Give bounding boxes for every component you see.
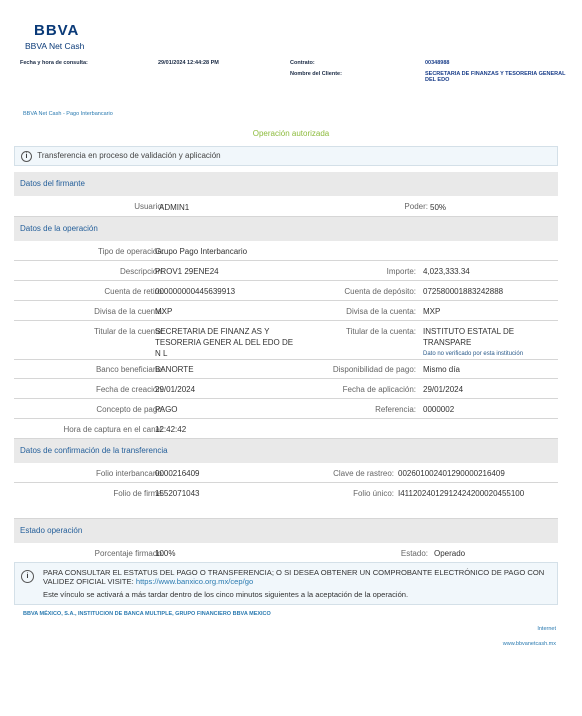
folio-interbancario-value: 0000216409 [155,468,305,479]
titular-deposito-name: INSTITUTO ESTATAL DE TRANSPARE [423,327,514,347]
contract-label: Contrato: [290,60,315,66]
row-concepto: Concepto de pago: PAGO Referencia: 00000… [14,399,558,419]
estado-value: Operado [434,548,465,559]
row-banco: Banco beneficiario: BANORTE Disponibilid… [14,360,558,379]
bbva-logo: BBVA [34,22,79,39]
query-datetime: 29/01/2024 12:44:28 PM [158,60,219,66]
titular-deposito-label: Titular de la cuenta: [346,327,416,336]
row-titular: Titular de la cuenta: SECRETARIA DE FINA… [14,321,558,360]
row-descripcion-importe: Descripción: PROV1 29ENE24 Importe: 4,02… [14,261,558,281]
concepto-value: PAGO [155,404,305,415]
client-name: SECRETARIA DE FINANZAS Y TESORERIA GENER… [425,71,575,83]
importe-label: Importe: [387,267,416,276]
row-estado: Porcentaje firmado: 100% Estado: Operado [14,543,558,563]
row-usuario: Usuario: ADMIN1 Poder: 50% [14,196,558,217]
section-firmante-header: Datos del firmante [14,172,558,196]
client-label: Nombre del Cliente: [290,71,342,77]
divisa-deposito-label: Divisa de la cuenta: [346,307,416,316]
clave-rastreo-value: 002601002401290000216409 [398,468,505,479]
info-icon: i [21,570,34,583]
titular-retiro-label: Titular de la cuenta: [94,327,164,336]
notice-subtext: Este vínculo se activará a más tardar de… [43,590,551,599]
fecha-creacion-value: 29/01/2024 [155,384,305,395]
folio-unico-label: Folio único: [353,489,394,498]
section-confirmacion-header: Datos de confirmación de la transferenci… [14,439,558,463]
row-folio-firma: Folio de firma: 1552071043 Folio único: … [14,483,558,519]
banxico-link[interactable]: https://www.banxico.org.mx/cep/go [136,577,253,586]
disponibilidad-label: Disponibilidad de pago: [333,365,416,374]
referencia-value: 0000002 [423,404,563,415]
referencia-label: Referencia: [375,405,416,414]
row-folio-interbancario: Folio interbancario: 0000216409 Clave de… [14,463,558,483]
contract-number: 00348988 [425,60,449,66]
row-tipo: Tipo de operación: Grupo Pago Interbanca… [14,241,558,261]
poder-label: Poder: [404,202,428,211]
usuario-value: ADMIN1 [159,202,189,213]
poder-value: 50% [430,202,446,213]
footer-site-link[interactable]: www.bbvanetcash.mx [503,641,556,647]
info-message: Transferencia en proceso de validación y… [37,151,220,160]
porcentaje-label: Porcentaje firmado: [95,549,164,558]
info-banner: i Transferencia en proceso de validación… [14,146,558,166]
hora-captura-label: Hora de captura en el canal: [63,425,164,434]
query-datetime-label: Fecha y hora de consulta: [20,60,88,66]
notice-body: PARA CONSULTAR EL ESTATUS DEL PAGO O TRA… [43,568,544,586]
cep-notice: i PARA CONSULTAR EL ESTATUS DEL PAGO O T… [14,562,558,605]
cuenta-deposito-value: 072580001883242888 [423,286,563,297]
footer-channel: Internet [537,626,556,632]
divisa-deposito-value: MXP [423,306,563,317]
cuenta-retiro-value: 000000000445639913 [155,286,305,297]
folio-interbancario-label: Folio interbancario: [96,469,164,478]
row-hora-captura: Hora de captura en el canal: 12:42:42 [14,419,558,439]
row-fechas: Fecha de creación: 29/01/2024 Fecha de a… [14,379,558,399]
porcentaje-value: 100% [155,548,305,559]
banco-value: BANORTE [155,364,305,375]
estado-label: Estado: [401,549,428,558]
section-operacion-header: Datos de la operación [14,217,558,241]
descripcion-value: PROV1 29ENE24 [155,266,305,277]
importe-value: 4,023,333.34 [423,266,563,277]
concepto-label: Concepto de pago: [96,405,164,414]
folio-firma-value: 1552071043 [155,488,305,499]
cuenta-deposito-label: Cuenta de depósito: [344,287,416,296]
breadcrumb[interactable]: BBVA Net Cash - Pago Interbancario [23,111,113,117]
disponibilidad-value: Mismo día [423,364,563,375]
section-estado-header: Estado operación [14,519,558,543]
footer-bank-name: BBVA MÉXICO, S.A., INSTITUCION DE BANCA … [23,611,271,617]
notice-text: PARA CONSULTAR EL ESTATUS DEL PAGO O TRA… [43,568,551,586]
status-title: Operación autorizada [0,129,582,138]
hora-captura-value: 12:42:42 [155,424,305,435]
fecha-creacion-label: Fecha de creación: [96,385,164,394]
titular-note: Dato no verificado por esta institución [423,349,548,360]
fecha-aplicacion-label: Fecha de aplicación: [343,385,416,394]
tipo-value: Grupo Pago Interbancario [155,246,305,257]
titular-deposito-value: INSTITUTO ESTATAL DE TRANSPARE Dato no v… [423,326,548,360]
info-icon: i [21,151,32,162]
clave-rastreo-label: Clave de rastreo: [333,469,394,478]
app-name: BBVA Net Cash [25,41,84,51]
row-divisa: Divisa de la cuenta: MXP Divisa de la cu… [14,301,558,321]
fecha-aplicacion-value: 29/01/2024 [423,384,563,395]
divisa-retiro-value: MXP [155,306,305,317]
divisa-retiro-label: Divisa de la cuenta: [94,307,164,316]
folio-unico-value: I4112024012912424200020455100 [398,488,524,499]
banco-label: Banco beneficiario: [96,365,164,374]
titular-retiro-value: SECRETARIA DE FINANZ AS Y TESORERIA GENE… [155,326,295,359]
row-cuentas: Cuenta de retiro: 000000000445639913 Cue… [14,281,558,301]
